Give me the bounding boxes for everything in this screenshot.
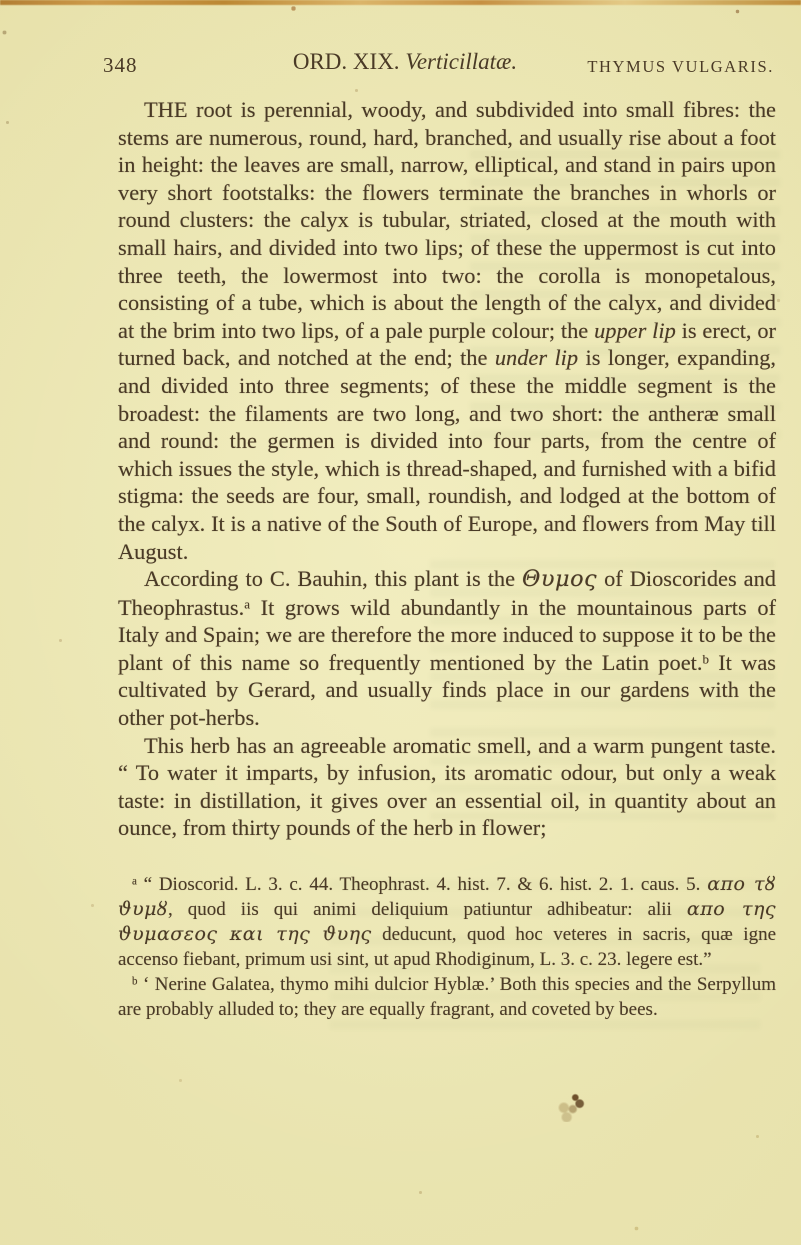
species-title: THYMUS VULGARIS. — [587, 57, 774, 77]
footnotes: a “ Dioscorid. L. 3. c. 44. Theophrast. … — [118, 872, 776, 1022]
paper-speckles — [0, 0, 1, 1]
running-head: 348 ORD. XIX. Verticillatæ. THYMUS VULGA… — [0, 0, 801, 90]
paragraph-history: According to C. Bauhin, this plant is th… — [118, 565, 776, 732]
order-title: ORD. XIX. Verticillatæ. — [240, 49, 570, 75]
book-page: 348 ORD. XIX. Verticillatæ. THYMUS VULGA… — [0, 0, 801, 1245]
page-number: 348 — [103, 53, 138, 78]
order-prefix: ORD. XIX. — [293, 49, 405, 74]
order-name: Verticillatæ. — [405, 49, 517, 74]
footnote-a: a “ Dioscorid. L. 3. c. 44. Theophrast. … — [118, 872, 776, 972]
footnote-b: b ‘ Nerine Galatea, thymo mihi dulcior H… — [118, 972, 776, 1022]
paragraph-properties: This herb has an agreeable aromatic smel… — [118, 732, 776, 842]
paragraph-description: THE root is perennial, woody, and subdiv… — [118, 96, 776, 565]
ink-blot — [553, 1088, 589, 1122]
body-text: THE root is perennial, woody, and subdiv… — [118, 96, 776, 842]
